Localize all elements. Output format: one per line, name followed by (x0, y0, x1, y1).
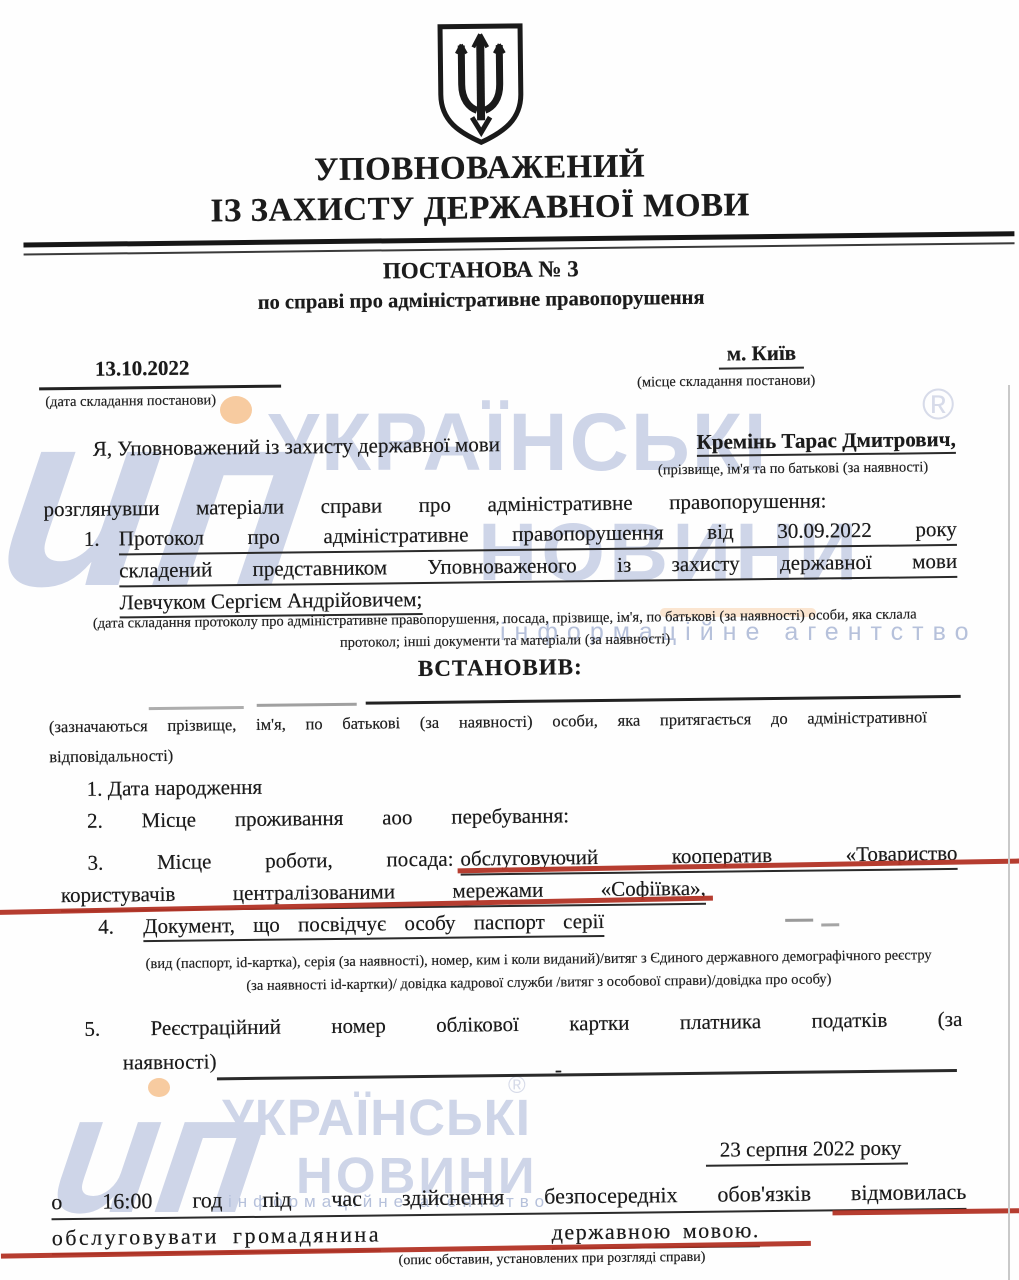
incident-line1: о 16:00 год під час здійснення безпосере… (51, 1179, 966, 1220)
field-iddoc-number: 4. (98, 915, 114, 940)
field-workplace-label: 3. Місце роботи, посада: (87, 847, 453, 876)
scanned-document-page: ип УКРАЇНСЬКІ НОВИНИ інформаційне агентс… (0, 0, 1019, 1280)
org-name-line2: ІЗ ЗАХИСТУ ДЕРЖАВНОЇ МОВИ (0, 185, 965, 233)
passport-caption-line2: (за наявності id-картки)/ довідка кадров… (109, 970, 969, 997)
date-underline (39, 385, 281, 390)
blank-field-underline (366, 695, 961, 704)
intro-line: Я, Уповноважений із захисту державної мо… (93, 427, 956, 464)
scan-smudge (785, 919, 813, 922)
scan-smudge (821, 923, 839, 926)
person-caption-line1: (зазначаються прізвище, ім'я, по батьков… (49, 707, 927, 737)
intro-text: Я, Уповноважений із захисту державної мо… (93, 432, 500, 464)
reviewed-line: розглянувши матеріали справи про адмініс… (43, 488, 826, 522)
name-caption: (прізвище, ім'я та по батькові (за наявн… (628, 459, 958, 480)
taxnumber-blank-underline (217, 1069, 957, 1080)
field-taxnumber-line1: 5. Реєстраційний номер облікової картки … (84, 1007, 962, 1042)
field-birthdate: 1. Дата народження (87, 775, 263, 802)
red-annotation-line-refused (832, 1208, 1019, 1215)
established-heading: ВСТАНОВИВ: (0, 649, 1000, 686)
document-title: ПОСТАНОВА № 3 (0, 252, 966, 289)
ukraine-trident-icon (430, 20, 531, 151)
incident-date: 23 серпня 2022 року (706, 1136, 908, 1167)
person-caption-line2: відповідальності) (49, 746, 173, 767)
scan-smudge (149, 706, 244, 710)
date-caption: (дата складання постанови) (45, 392, 216, 411)
resolution-date: 13.10.2022 (95, 356, 190, 382)
resolution-place: м. Київ (719, 341, 805, 370)
document-subtitle: по справі про адміністративне правопоруш… (0, 284, 966, 318)
place-caption: (місце складання постанови) (637, 373, 815, 392)
passport-caption-line1: (вид (паспорт, id-картка), серія (за ная… (109, 947, 969, 974)
scan-edge-line (1008, 385, 1010, 1280)
field-residence: 2. Місце проживання аоо перебування: (87, 803, 569, 833)
commissioner-name: Кремінь Тарас Дмитрович, (696, 427, 955, 457)
item1-number: 1. (84, 527, 100, 552)
item1-line2: складений представником Уповноваженого і… (119, 549, 957, 588)
blank-dash: - (555, 1057, 562, 1082)
scan-smudge (257, 703, 357, 707)
field-taxnumber-line2: наявності) (123, 1049, 217, 1075)
document-scan: УПОВНОВАЖЕНИЙ ІЗ ЗАХИСТУ ДЕРЖАВНОЇ МОВИ … (0, 0, 1019, 1280)
field-iddoc-text: Документ, що посвідчує особу паспорт сер… (143, 909, 604, 942)
